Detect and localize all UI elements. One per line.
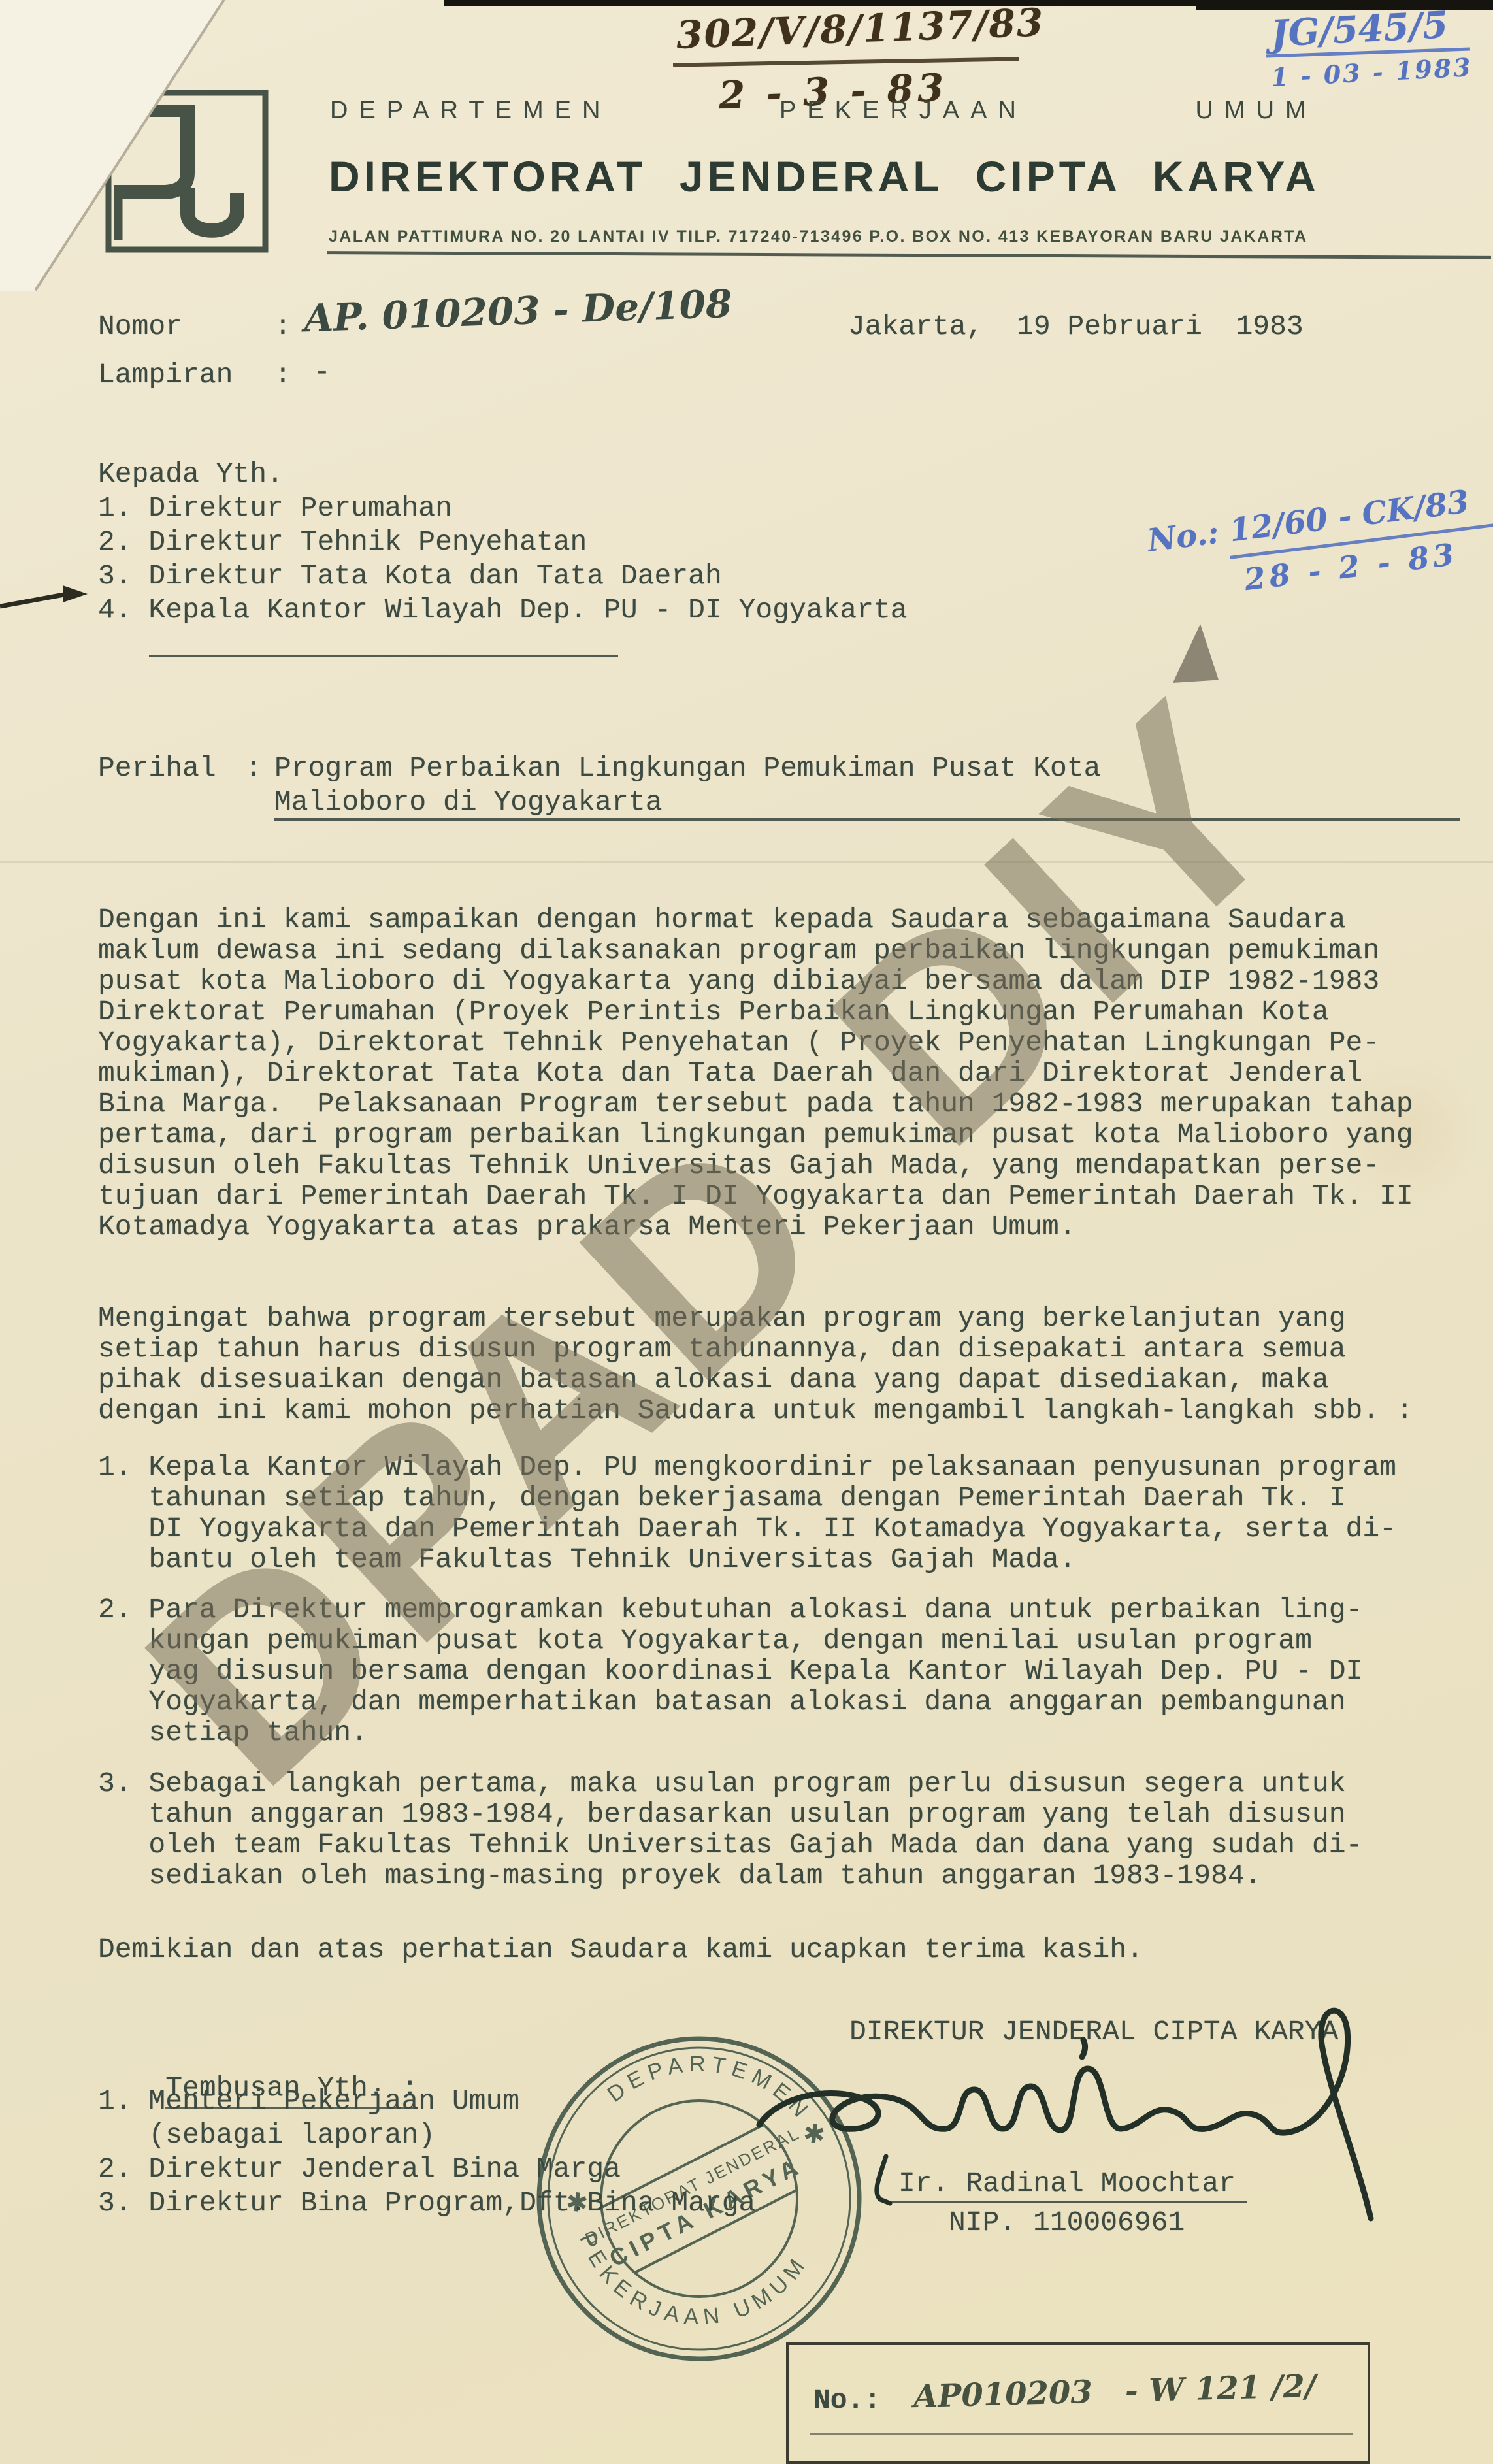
- registry-no-label: No.:: [813, 2385, 881, 2416]
- scan-edge-bar-right: [1196, 0, 1493, 10]
- letter-page: 302/V/8/1137/83 2 - 3 - 83 JG/545/5 1 - …: [0, 0, 1493, 2464]
- registry-box-underline: [810, 2433, 1353, 2435]
